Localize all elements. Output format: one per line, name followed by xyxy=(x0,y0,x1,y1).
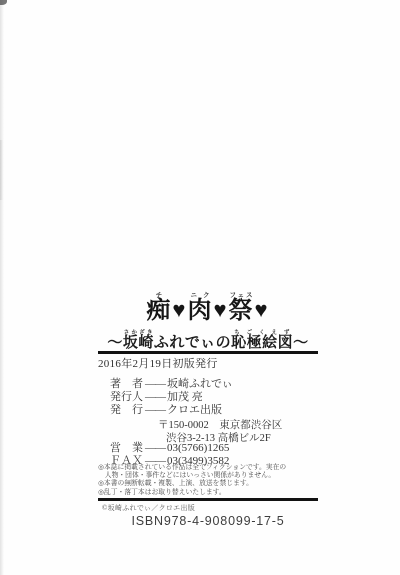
credit-label: 著 者 xyxy=(110,378,143,390)
book-subtitle: ～坂崎さかざきふれでぃの恥極絵図ちごくえず～ xyxy=(98,330,318,351)
contact-row-sales: 営 業――03(5766)1265 xyxy=(98,442,318,455)
heart-icon: ♥ xyxy=(172,297,186,322)
subtitle-author-kanji: 坂崎さかざき xyxy=(123,335,154,351)
credit-label: 発 行 xyxy=(110,404,143,416)
scan-edge-smudge xyxy=(0,140,3,200)
title-kanji-1-base: 痴 xyxy=(146,298,171,324)
note-no-reproduction: ◎本書の無断転載・複製、上演、放送を禁じます。 xyxy=(98,480,318,488)
subtitle-author-base: 坂崎 xyxy=(123,335,154,351)
contact-value: 03(5766)1265 xyxy=(167,442,229,454)
scan-edge-shadow xyxy=(0,0,4,575)
title-kanji-2-furigana: ニク xyxy=(187,292,212,299)
title-kanji-2: 肉ニク xyxy=(187,298,212,324)
title-kanji-2-base: 肉 xyxy=(187,298,212,324)
scan-corner-artifact xyxy=(0,0,7,5)
contact-dash: ―― xyxy=(145,442,165,454)
subtitle-work-base: 恥極絵図 xyxy=(231,335,293,351)
credit-dash: ―― xyxy=(145,404,165,416)
divider-rule-top xyxy=(98,351,318,354)
subtitle-work-kanji: 恥極絵図ちごくえず xyxy=(231,335,293,351)
credits-block: 著 者――坂崎ふれでぃ 発行人――加茂 亮 発 行――クロエ出版 xyxy=(98,378,318,417)
credit-dash: ―― xyxy=(145,378,165,390)
note-fiction-1: ◎本誌に掲載されている作品は全てフィクションです。実在の xyxy=(98,464,318,472)
credit-dash: ―― xyxy=(145,391,165,403)
title-kanji-3-base: 祭 xyxy=(229,298,254,324)
credit-row-publisher-person: 発行人――加茂 亮 xyxy=(98,391,318,404)
title-kanji-3: 祭フェス xyxy=(229,298,254,324)
address-line-1: 〒150-0002 東京都渋谷区 xyxy=(98,420,318,433)
credit-value: クロエ出版 xyxy=(167,404,222,416)
credit-row-author: 著 者――坂崎ふれでぃ xyxy=(98,378,318,391)
edition-date: 2016年2月19日初版発行 xyxy=(98,355,318,371)
credit-label: 発行人 xyxy=(110,391,143,403)
subtitle-author-furigana: さかざき xyxy=(123,330,154,336)
heart-icon: ♥ xyxy=(255,297,269,322)
book-title: 痴チ♥肉ニク♥祭フェス♥ xyxy=(98,292,318,323)
subtitle-work-furigana: ちごくえず xyxy=(231,330,293,336)
divider-rule-bottom xyxy=(98,498,318,501)
isbn-number: ISBN978-4-908099-17-5 xyxy=(98,514,318,528)
credit-value: 加茂 亮 xyxy=(167,391,203,403)
contact-label: 営 業 xyxy=(110,442,143,454)
subtitle-middle: ふれでぃの xyxy=(154,335,231,351)
title-kanji-1-furigana: チ xyxy=(146,292,171,299)
title-kanji-1: 痴チ xyxy=(146,298,171,324)
subtitle-suffix: ～ xyxy=(293,335,309,351)
title-kanji-3-furigana: フェス xyxy=(229,292,254,299)
credit-row-publisher: 発 行――クロエ出版 xyxy=(98,404,318,417)
subtitle-prefix: ～ xyxy=(107,335,123,351)
note-defective-copies: ◎乱丁・落丁本はお取り替えいたします。 xyxy=(98,489,318,497)
legal-notes: ◎本誌に掲載されている作品は全てフィクションです。実在の 人物・団体・事件などに… xyxy=(98,464,318,497)
credit-value: 坂崎ふれでぃ xyxy=(167,378,233,390)
colophon-page: 痴チ♥肉ニク♥祭フェス♥ ～坂崎さかざきふれでぃの恥極絵図ちごくえず～ 2016… xyxy=(0,0,400,575)
copyright-line: ©坂崎ふれでぃ／クロエ出版 xyxy=(98,503,322,513)
heart-icon: ♥ xyxy=(213,297,227,322)
